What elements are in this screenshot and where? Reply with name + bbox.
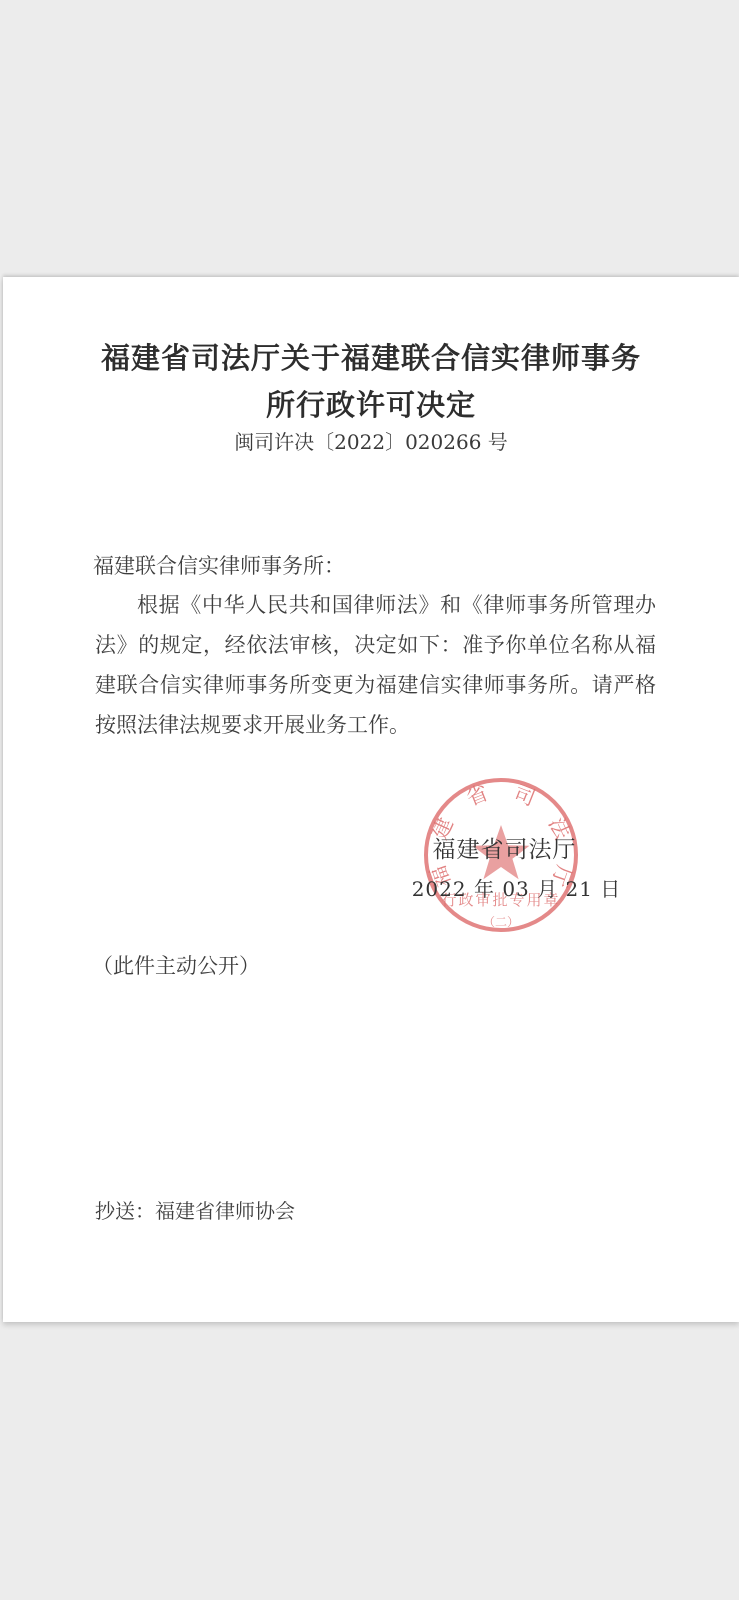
body-paragraph: 根据《中华人民共和国律师法》和《律师事务所管理办 法》的规定，经依法审核，决定如…	[95, 585, 656, 745]
body-line: 根据《中华人民共和国律师法》和《律师事务所管理办	[95, 585, 656, 625]
document-title-line1: 福建省司法厅关于福建联合信实律师事务	[3, 335, 739, 382]
document-title-line2: 所行政许可决定	[3, 382, 739, 429]
cc-line: 抄送：福建省律师协会	[95, 1196, 295, 1226]
body-line: 建联合信实律师事务所变更为福建信实律师事务所。请严格	[95, 665, 656, 705]
body-line: 法》的规定，经依法审核，决定如下：准予你单位名称从福	[95, 625, 656, 665]
document-title: 福建省司法厅关于福建联合信实律师事务 所行政许可决定	[3, 335, 739, 429]
document-page: 福建省司法厅关于福建联合信实律师事务 所行政许可决定 闽司许决〔2022〕020…	[3, 277, 739, 1322]
document-number: 闽司许决〔2022〕020266 号	[3, 427, 739, 457]
issue-date: 2022 年 03 月 21 日	[374, 873, 659, 905]
body-line: 按照法律法规要求开展业务工作。	[95, 705, 656, 745]
disclosure-note: （此件主动公开）	[92, 951, 260, 981]
addressee-line: 福建联合信实律师事务所：	[93, 546, 345, 586]
issuer-name: 福建省司法厅	[362, 834, 647, 866]
seal-sub-text: （二）	[483, 915, 519, 929]
